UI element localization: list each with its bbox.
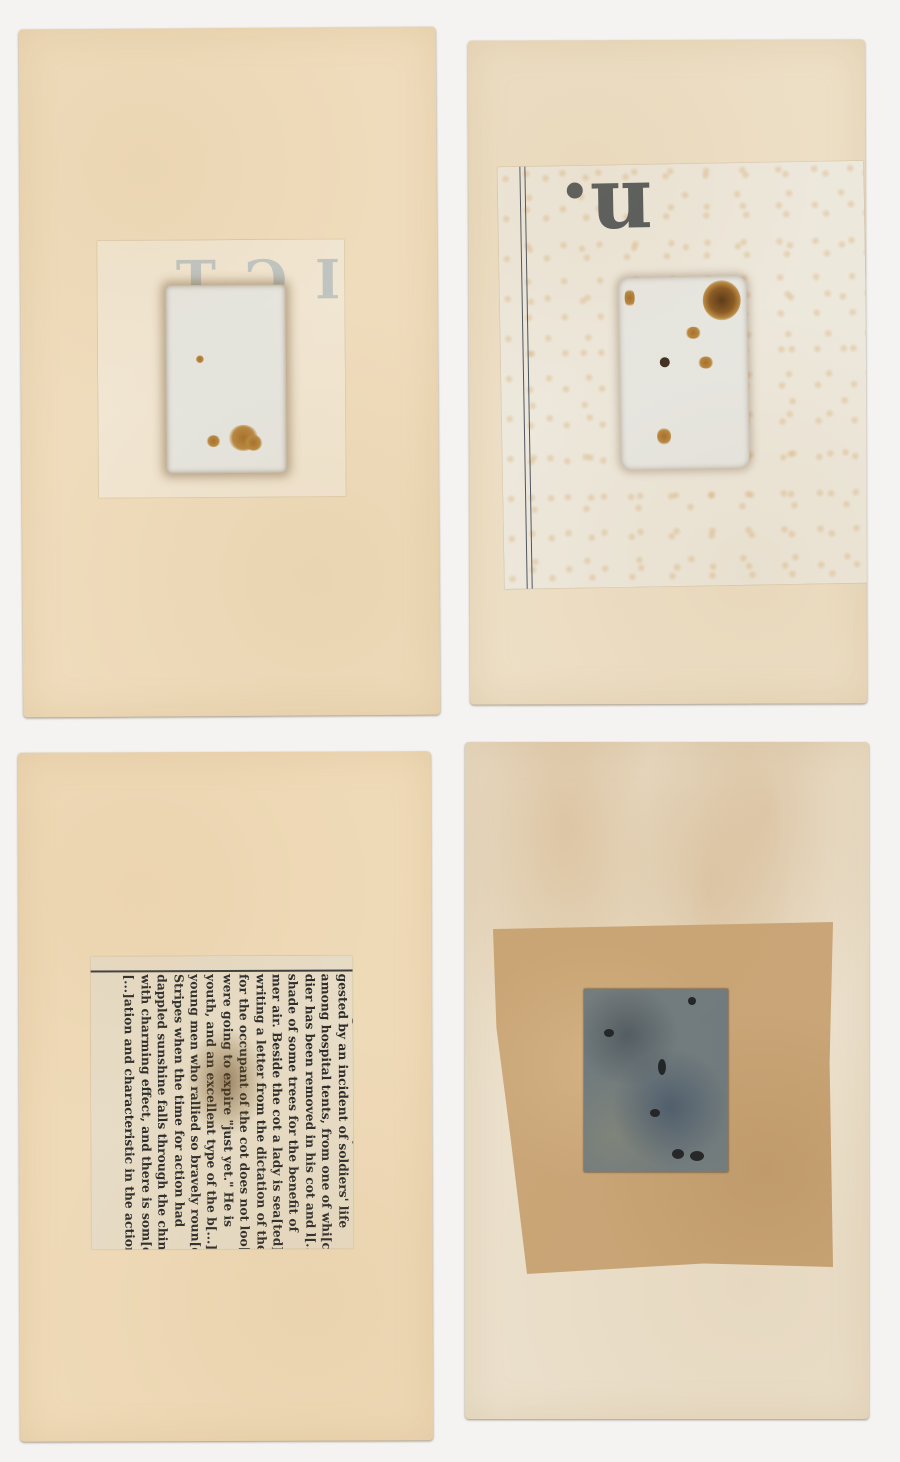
paper-mount: n. [497, 161, 867, 589]
newspaper-clipping: [...]ting touches to a very clever cabi[… [91, 956, 354, 1250]
tintype-window [584, 989, 728, 1172]
paper-mount: ICT [97, 239, 346, 498]
photo-window [165, 285, 286, 474]
card-top-right: n. [468, 39, 867, 704]
card-bottom-right [465, 742, 869, 1419]
blackletter-glyph: n. [559, 168, 653, 256]
column-rule [91, 956, 353, 973]
photo-window [618, 276, 749, 470]
card-bottom-left: [...]ting touches to a very clever cabi[… [18, 751, 433, 1441]
stain [186, 1026, 266, 1136]
card-top-left: ICT [19, 27, 441, 718]
